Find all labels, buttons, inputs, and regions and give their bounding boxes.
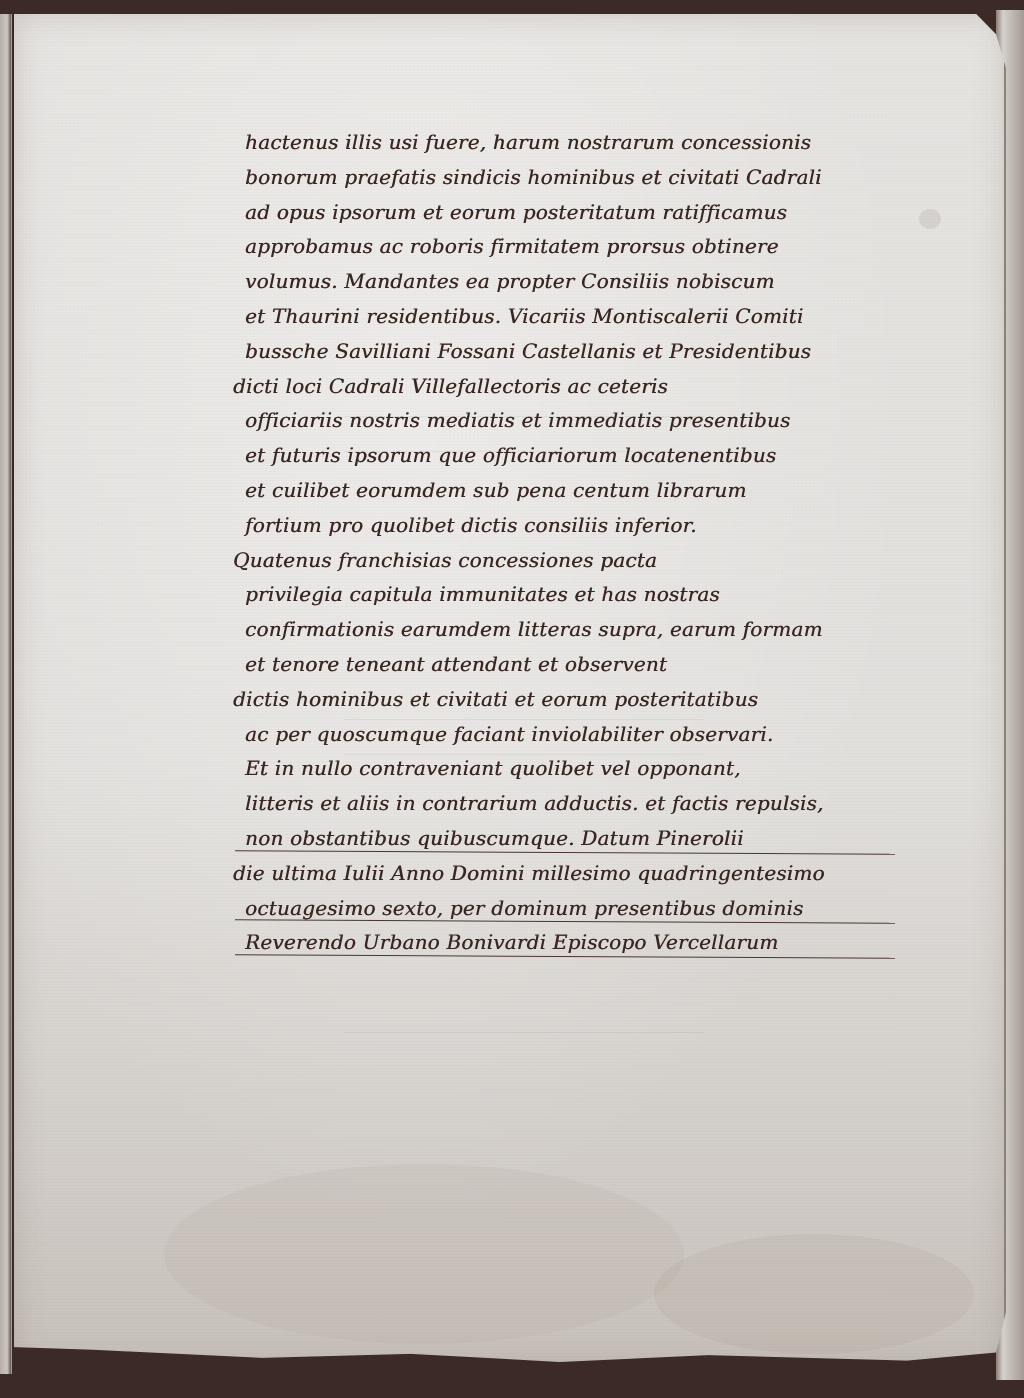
book-spine-left [0,14,12,1374]
manuscript-photo: hactenus illis usi fuere, harum nostraru… [0,0,1024,1398]
text-line: et tenore teneant attendant et observent [245,647,865,682]
text-line: privilegia capitula immunitates et has n… [245,577,865,612]
text-line: Quatenus franchisias concessiones pacta [233,543,865,578]
text-line: bonorum praefatis sindicis hominibus et … [245,160,865,195]
text-line: dictis hominibus et civitati et eorum po… [233,682,865,717]
text-line: et Thaurini residentibus. Vicariis Monti… [245,299,865,334]
text-line: octuagesimo sexto, per dominum presentib… [245,891,865,926]
text-line: Reverendo Urbano Bonivardi Episcopo Verc… [245,925,865,960]
text-line: approbamus ac roboris firmitatem prorsus… [245,229,865,264]
text-line: hactenus illis usi fuere, harum nostraru… [245,125,865,160]
text-line: die ultima Iulii Anno Domini millesimo q… [233,856,865,891]
text-line: ac per quoscumque faciant inviolabiliter… [245,717,865,752]
text-line: et cuilibet eorumdem sub pena centum lib… [245,473,865,508]
text-line: confirmationis earumdem litteras supra, … [245,612,865,647]
paper-stain [654,1234,974,1354]
text-line: litteris et aliis in contrarium adductis… [245,786,865,821]
text-line: non obstantibus quibuscumque. Datum Pine… [245,821,865,856]
text-line: Et in nullo contraveniant quolibet vel o… [245,751,865,786]
text-line: officiariis nostris mediatis et immediat… [245,403,865,438]
text-line: ad opus ipsorum et eorum posteritatum ra… [245,195,865,230]
paper-stain [919,209,941,229]
text-line: bussche Savilliani Fossani Castellanis e… [245,334,865,369]
text-line: volumus. Mandantes ea propter Consiliis … [245,264,865,299]
manuscript-text: hactenus illis usi fuere, harum nostraru… [245,125,865,960]
paper-stain [164,1164,684,1344]
text-line: et futuris ipsorum que officiariorum loc… [245,438,865,473]
text-line: fortium pro quolibet dictis consiliis in… [245,508,865,543]
bleed-through-line [344,1032,704,1033]
text-line: dicti loci Cadrali Villefallectoris ac c… [233,369,865,404]
